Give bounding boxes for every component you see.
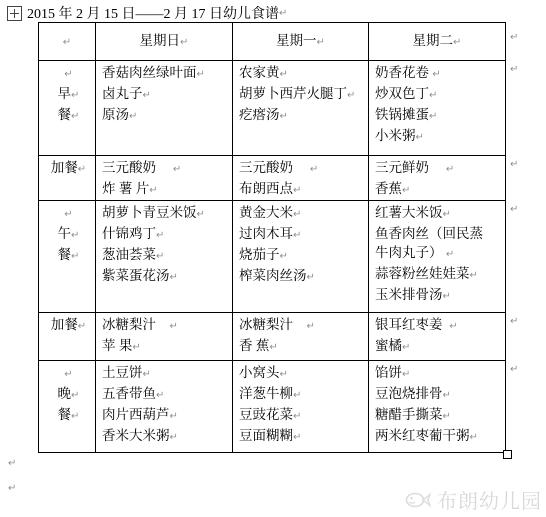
meal-label-line: 午↵ <box>45 224 92 245</box>
menu-item-line-text: 过肉木耳 <box>239 226 293 241</box>
paragraph-mark-icon: ↵ <box>293 230 301 241</box>
menu-item-line: 三元酸奶 ↵ <box>102 158 229 179</box>
menu-item-line-text: 冰糖梨汁 <box>102 317 170 332</box>
menu-item-line: 牛肉丸子） ↵ <box>375 243 502 264</box>
menu-item-line: 蒜蓉粉丝娃娃菜↵ <box>375 264 502 285</box>
menu-item-line-text: 银耳红枣姜 <box>375 317 449 332</box>
menu-item-line: 豆豉花菜↵ <box>239 405 365 426</box>
meal-label-line-text: 餐 <box>58 407 72 422</box>
meal-label-line: ↵ <box>45 363 92 384</box>
paragraph-mark-icon: ↵ <box>280 369 288 380</box>
menu-item-line-text: 农家黄 <box>239 65 280 80</box>
paragraph-mark-icon: ↵ <box>78 164 86 175</box>
menu-item-line: 过肉木耳↵ <box>239 224 365 245</box>
menu-item-line-text: 馅饼 <box>375 365 402 380</box>
menu-item-line-text: 葱油荟菜 <box>102 247 156 262</box>
menu-item-line-text: 紫菜蛋花汤 <box>102 268 170 283</box>
paragraph-mark-icon: ↵ <box>347 90 355 101</box>
menu-item-line: 冰糖梨汁 ↵ <box>239 315 365 336</box>
header-label: 星期一 <box>276 33 317 48</box>
paragraph-mark-icon: ↵ <box>156 230 164 241</box>
menu-item-line: 冰糖梨汁 ↵ <box>102 315 229 336</box>
menu-item-line-text: 鱼香肉丝（回民蒸 <box>375 226 483 241</box>
paragraph-mark-icon: ↵ <box>64 369 72 380</box>
menu-item-line: 玉米排骨汤↵ <box>375 285 502 306</box>
menu-cell: 农家黄↵胡萝卜西芹火腿丁↵疙瘩汤↵ <box>233 61 369 156</box>
menu-item-line: 红薯大米饭↵ <box>375 203 502 224</box>
menu-item-line: 农家黄↵ <box>239 63 365 84</box>
menu-item-line-text: 糖醋手撕菜 <box>375 407 443 422</box>
paragraph-mark-icon: ↵ <box>71 390 79 401</box>
paragraph-mark-icon: ↵ <box>310 164 318 175</box>
menu-item-line-text: 烧茄子 <box>239 247 280 262</box>
menu-item-line: 银耳红枣姜 ↵ <box>375 315 502 336</box>
meal-row-加餐: 加餐↵三元酸奶 ↵炸 薯 片↵三元酸奶 ↵布朗西点↵三元鲜奶 ↵香蕉↵ <box>39 156 506 201</box>
meal-label-line: 早↵ <box>45 84 92 105</box>
menu-item-line-text: 小窝头 <box>239 365 280 380</box>
end-of-row-mark-icon: ↵ <box>510 32 518 43</box>
paragraph-mark-icon: ↵ <box>8 483 16 494</box>
end-of-row-mark-icon: ↵ <box>510 204 518 215</box>
paragraph-mark-icon: ↵ <box>416 132 424 143</box>
table-move-handle-icon[interactable] <box>7 6 22 21</box>
paragraph-mark-icon: ↵ <box>443 411 451 422</box>
paragraph-mark-icon: ↵ <box>280 69 288 80</box>
menu-item-line: 豆面糊糊↵ <box>239 426 365 447</box>
meal-label-cell: ↵晚↵餐↵ <box>39 361 96 453</box>
meal-row-午餐: ↵午↵餐↵胡萝卜青豆米饭↵什锦鸡丁↵葱油荟菜↵紫菜蛋花汤↵黄金大米↵过肉木耳↵烧… <box>39 201 506 313</box>
paragraph-mark-icon: ↵ <box>432 69 440 80</box>
paragraph-mark-icon: ↵ <box>293 390 301 401</box>
paragraph-mark-icon: ↵ <box>64 69 72 80</box>
menu-item-line: 土豆饼↵ <box>102 363 229 384</box>
paragraph-mark-icon: ↵ <box>149 185 157 196</box>
paragraph-mark-icon: ↵ <box>71 411 79 422</box>
menu-item-line-text: 五香带鱼 <box>102 386 156 401</box>
menu-cell: 红薯大米饭↵鱼香肉丝（回民蒸牛肉丸子） ↵蒜蓉粉丝娃娃菜↵玉米排骨汤↵ <box>369 201 506 313</box>
menu-item-line-text: 奶香花卷 <box>375 65 432 80</box>
menu-item-line: 胡萝卜青豆米饭↵ <box>102 203 229 224</box>
menu-cell: 冰糖梨汁 ↵香 蕉↵ <box>233 313 369 361</box>
paragraph-mark-icon: ↵ <box>443 390 451 401</box>
menu-item-line: 奶香花卷 ↵ <box>375 63 502 84</box>
paragraph-mark-icon: ↵ <box>307 321 315 332</box>
menu-item-line-text: 洋葱牛柳 <box>239 386 293 401</box>
paragraph-mark-icon: ↵ <box>280 111 288 122</box>
menu-item-line-text: 炒双色丁 <box>375 86 429 101</box>
paragraph-mark-icon: ↵ <box>170 432 178 443</box>
menu-item-line-text: 什锦鸡丁 <box>102 226 156 241</box>
menu-item-line-text: 香 蕉 <box>239 338 269 353</box>
header-row: ↵星期日↵星期一↵星期二↵ <box>39 23 506 61</box>
menu-cell: 土豆饼↵五香带鱼↵肉片西葫芦↵香米大米粥↵ <box>96 361 233 453</box>
menu-item-line-text: 红薯大米饭 <box>375 205 443 220</box>
paragraph-mark-icon: ↵ <box>71 251 79 262</box>
menu-item-line-text: 蜜橘 <box>375 338 402 353</box>
menu-item-line: 苹 果↵ <box>102 336 229 357</box>
menu-item-line: 黄金大米↵ <box>239 203 365 224</box>
menu-cell: 黄金大米↵过肉木耳↵烧茄子↵榨菜肉丝汤↵ <box>233 201 369 313</box>
paragraph-mark-icon: ↵ <box>170 321 178 332</box>
end-of-row-mark-icon: ↵ <box>510 159 518 170</box>
menu-cell: 小窝头↵洋葱牛柳↵豆豉花菜↵豆面糊糊↵ <box>233 361 369 453</box>
paragraph-mark-icon: ↵ <box>63 37 71 48</box>
menu-item-line-text: 苹 果 <box>102 338 132 353</box>
menu-item-line-text: 两米红枣葡干粥 <box>375 428 470 443</box>
menu-cell: 奶香花卷 ↵炒双色丁↵铁锅摊蛋↵小米粥↵ <box>369 61 506 156</box>
paragraph-mark-icon: ↵ <box>71 111 79 122</box>
menu-table-body: ↵星期日↵星期一↵星期二↵↵早↵餐↵香菇肉丝绿叶面↵卤丸子↵原汤↵农家黄↵胡萝卜… <box>39 23 506 453</box>
header-cell-星期日: 星期日↵ <box>96 23 233 61</box>
paragraph-mark-icon: ↵ <box>173 164 181 175</box>
menu-item-line: 蜜橘↵ <box>375 336 502 357</box>
paragraph-mark-icon: ↵ <box>402 369 410 380</box>
menu-cell: 冰糖梨汁 ↵苹 果↵ <box>96 313 233 361</box>
paragraph-mark-icon: ↵ <box>180 37 188 48</box>
watermark-text: 布朗幼儿园 <box>437 485 542 514</box>
menu-item-line: 五香带鱼↵ <box>102 384 229 405</box>
paragraph-mark-icon: ↵ <box>446 249 454 260</box>
meal-row-晚餐: ↵晚↵餐↵土豆饼↵五香带鱼↵肉片西葫芦↵香米大米粥↵小窝头↵洋葱牛柳↵豆豉花菜↵… <box>39 361 506 453</box>
document-page: 2015 年 2 月 15 日——2 月 17 日幼儿食谱 ↵ ↵星期日↵星期一… <box>0 0 546 517</box>
menu-item-line: 烧茄子↵ <box>239 245 365 266</box>
meal-label-line: 加餐↵ <box>45 158 92 179</box>
menu-item-line-text: 三元酸奶 <box>239 160 310 175</box>
menu-item-line-text: 香米大米粥 <box>102 428 170 443</box>
menu-item-line: 香菇肉丝绿叶面↵ <box>102 63 229 84</box>
menu-item-line: 洋葱牛柳↵ <box>239 384 365 405</box>
menu-item-line-text: 香蕉 <box>375 181 402 196</box>
menu-item-line: 三元酸奶 ↵ <box>239 158 365 179</box>
paragraph-mark-icon: ↵ <box>307 272 315 283</box>
menu-item-line: 鱼香肉丝（回民蒸 <box>375 224 502 243</box>
meal-label-line-text: 加餐 <box>51 317 78 332</box>
menu-item-line: 两米红枣葡干粥↵ <box>375 426 502 447</box>
menu-item-line-text: 豆豉花菜 <box>239 407 293 422</box>
paragraph-mark-icon: ↵ <box>143 369 151 380</box>
menu-item-line: 紫菜蛋花汤↵ <box>102 266 229 287</box>
paragraph-mark-icon: ↵ <box>279 8 287 19</box>
document-title: 2015 年 2 月 15 日——2 月 17 日幼儿食谱 <box>27 3 279 23</box>
paragraph-mark-icon: ↵ <box>71 230 79 241</box>
paragraph-mark-icon: ↵ <box>470 270 478 281</box>
paragraph-mark-icon: ↵ <box>170 272 178 283</box>
menu-item-line: 原汤↵ <box>102 105 229 126</box>
meal-label-line-text: 晚 <box>58 386 72 401</box>
meal-label-line: 加餐↵ <box>45 315 92 336</box>
paragraph-mark-icon: ↵ <box>129 111 137 122</box>
meal-label-line: ↵ <box>45 203 92 224</box>
menu-item-line: 疙瘩汤↵ <box>239 105 365 126</box>
menu-item-line-text: 卤丸子 <box>102 86 143 101</box>
paragraph-mark-icon: ↵ <box>293 209 301 220</box>
menu-item-line: 铁锅摊蛋↵ <box>375 105 502 126</box>
menu-table: ↵星期日↵星期一↵星期二↵↵早↵餐↵香菇肉丝绿叶面↵卤丸子↵原汤↵农家黄↵胡萝卜… <box>38 22 506 453</box>
paragraph-mark-icon: ↵ <box>64 209 72 220</box>
menu-item-line-text: 原汤 <box>102 107 129 122</box>
menu-item-line: 香蕉↵ <box>375 179 502 200</box>
menu-item-line-text: 小米粥 <box>375 128 416 143</box>
paragraph-mark-icon: ↵ <box>197 69 205 80</box>
paragraph-mark-icon: ↵ <box>429 90 437 101</box>
menu-item-line: 馅饼↵ <box>375 363 502 384</box>
menu-item-line-text: 牛肉丸子） <box>375 245 446 260</box>
end-of-row-mark-icon: ↵ <box>510 64 518 75</box>
menu-cell: 三元鲜奶 ↵香蕉↵ <box>369 156 506 201</box>
menu-item-line: 小米粥↵ <box>375 126 502 147</box>
menu-item-line: 什锦鸡丁↵ <box>102 224 229 245</box>
paragraph-mark-icon: ↵ <box>8 458 16 469</box>
watermark: 布朗幼儿园 <box>403 485 542 514</box>
meal-label-line-text: 餐 <box>58 247 72 262</box>
menu-cell: 银耳红枣姜 ↵蜜橘↵ <box>369 313 506 361</box>
menu-item-line: 豆泡烧排骨↵ <box>375 384 502 405</box>
header-cell-星期二: 星期二↵ <box>369 23 506 61</box>
paragraph-mark-icon: ↵ <box>269 342 277 353</box>
meal-label-cell: 加餐↵ <box>39 156 96 201</box>
paragraph-mark-icon: ↵ <box>449 321 457 332</box>
menu-item-line: 胡萝卜西芹火腿丁↵ <box>239 84 365 105</box>
menu-cell: 香菇肉丝绿叶面↵卤丸子↵原汤↵ <box>96 61 233 156</box>
meal-label-line: 餐↵ <box>45 405 92 426</box>
paragraph-mark-icon: ↵ <box>446 164 454 175</box>
menu-item-line-text: 土豆饼 <box>102 365 143 380</box>
paragraph-mark-icon: ↵ <box>402 342 410 353</box>
menu-item-line-text: 玉米排骨汤 <box>375 287 443 302</box>
fish-logo-icon <box>403 490 433 510</box>
menu-item-line-text: 胡萝卜青豆米饭 <box>102 205 197 220</box>
end-of-row-mark-icon: ↵ <box>510 316 518 327</box>
menu-item-line: 三元鲜奶 ↵ <box>375 158 502 179</box>
meal-label-line: 餐↵ <box>45 245 92 266</box>
paragraph-mark-icon: ↵ <box>132 342 140 353</box>
paragraph-mark-icon: ↵ <box>156 390 164 401</box>
paragraph-mark-icon: ↵ <box>443 209 451 220</box>
menu-cell: 三元酸奶 ↵炸 薯 片↵ <box>96 156 233 201</box>
menu-item-line-text: 肉片西葫芦 <box>102 407 170 422</box>
header-cell-星期一: 星期一↵ <box>233 23 369 61</box>
menu-cell: 馅饼↵豆泡烧排骨↵糖醋手撕菜↵两米红枣葡干粥↵ <box>369 361 506 453</box>
paragraph-mark-icon: ↵ <box>470 432 478 443</box>
paragraph-mark-icon: ↵ <box>71 90 79 101</box>
paragraph-mark-icon: ↵ <box>170 411 178 422</box>
header-label: 星期二 <box>413 33 454 48</box>
paragraph-mark-icon: ↵ <box>429 111 437 122</box>
table-resize-handle[interactable] <box>503 450 512 459</box>
menu-item-line: 炸 薯 片↵ <box>102 179 229 200</box>
paragraph-mark-icon: ↵ <box>293 411 301 422</box>
paragraph-mark-icon: ↵ <box>443 291 451 302</box>
menu-item-line: 炒双色丁↵ <box>375 84 502 105</box>
paragraph-mark-icon: ↵ <box>293 432 301 443</box>
paragraph-mark-icon: ↵ <box>280 251 288 262</box>
menu-item-line: 香 蕉↵ <box>239 336 365 357</box>
paragraph-mark-icon: ↵ <box>143 90 151 101</box>
meal-row-加餐: 加餐↵冰糖梨汁 ↵苹 果↵冰糖梨汁 ↵香 蕉↵银耳红枣姜 ↵蜜橘↵ <box>39 313 506 361</box>
menu-item-line-text: 三元鲜奶 <box>375 160 446 175</box>
menu-item-line-text: 黄金大米 <box>239 205 293 220</box>
menu-item-line-text: 豆泡烧排骨 <box>375 386 443 401</box>
menu-item-line: 卤丸子↵ <box>102 84 229 105</box>
menu-item-line: 香米大米粥↵ <box>102 426 229 447</box>
paragraph-mark-icon: ↵ <box>402 185 410 196</box>
paragraph-mark-icon: ↵ <box>156 251 164 262</box>
meal-label-cell: 加餐↵ <box>39 313 96 361</box>
menu-item-line-text: 三元酸奶 <box>102 160 173 175</box>
paragraph-mark-icon: ↵ <box>197 209 205 220</box>
header-label: 星期日 <box>140 33 181 48</box>
meal-row-早餐: ↵早↵餐↵香菇肉丝绿叶面↵卤丸子↵原汤↵农家黄↵胡萝卜西芹火腿丁↵疙瘩汤↵奶香花… <box>39 61 506 156</box>
menu-item-line: 肉片西葫芦↵ <box>102 405 229 426</box>
menu-cell: 胡萝卜青豆米饭↵什锦鸡丁↵葱油荟菜↵紫菜蛋花汤↵ <box>96 201 233 313</box>
meal-label-line-text: 餐 <box>58 107 72 122</box>
end-of-row-mark-icon: ↵ <box>510 364 518 375</box>
meal-label-cell: ↵早↵餐↵ <box>39 61 96 156</box>
menu-item-line-text: 冰糖梨汁 <box>239 317 307 332</box>
paragraph-mark-icon: ↵ <box>293 185 301 196</box>
menu-item-line-text: 铁锅摊蛋 <box>375 107 429 122</box>
meal-label-line: 晚↵ <box>45 384 92 405</box>
menu-cell: 三元酸奶 ↵布朗西点↵ <box>233 156 369 201</box>
meal-label-line-text: 午 <box>58 226 72 241</box>
header-cell-empty: ↵ <box>39 23 96 61</box>
menu-item-line-text: 疙瘩汤 <box>239 107 280 122</box>
meal-label-line: 餐↵ <box>45 105 92 126</box>
menu-item-line-text: 炸 薯 片 <box>102 181 149 196</box>
meal-label-line-text: 早 <box>58 86 72 101</box>
paragraph-mark-icon: ↵ <box>78 321 86 332</box>
menu-item-line-text: 布朗西点 <box>239 181 293 196</box>
meal-label-line: ↵ <box>45 63 92 84</box>
menu-item-line-text: 蒜蓉粉丝娃娃菜 <box>375 266 470 281</box>
meal-label-line-text: 加餐 <box>51 160 78 175</box>
menu-item-line-text: 香菇肉丝绿叶面 <box>102 65 197 80</box>
meal-label-cell: ↵午↵餐↵ <box>39 201 96 313</box>
paragraph-mark-icon: ↵ <box>317 37 325 48</box>
menu-item-line: 布朗西点↵ <box>239 179 365 200</box>
menu-item-line: 糖醋手撕菜↵ <box>375 405 502 426</box>
menu-item-line: 小窝头↵ <box>239 363 365 384</box>
title-row: 2015 年 2 月 15 日——2 月 17 日幼儿食谱 ↵ <box>7 3 287 23</box>
menu-item-line-text: 胡萝卜西芹火腿丁 <box>239 86 347 101</box>
menu-item-line-text: 豆面糊糊 <box>239 428 293 443</box>
menu-item-line: 葱油荟菜↵ <box>102 245 229 266</box>
paragraph-mark-icon: ↵ <box>453 37 461 48</box>
menu-item-line-text: 榨菜肉丝汤 <box>239 268 307 283</box>
menu-item-line: 榨菜肉丝汤↵ <box>239 266 365 287</box>
